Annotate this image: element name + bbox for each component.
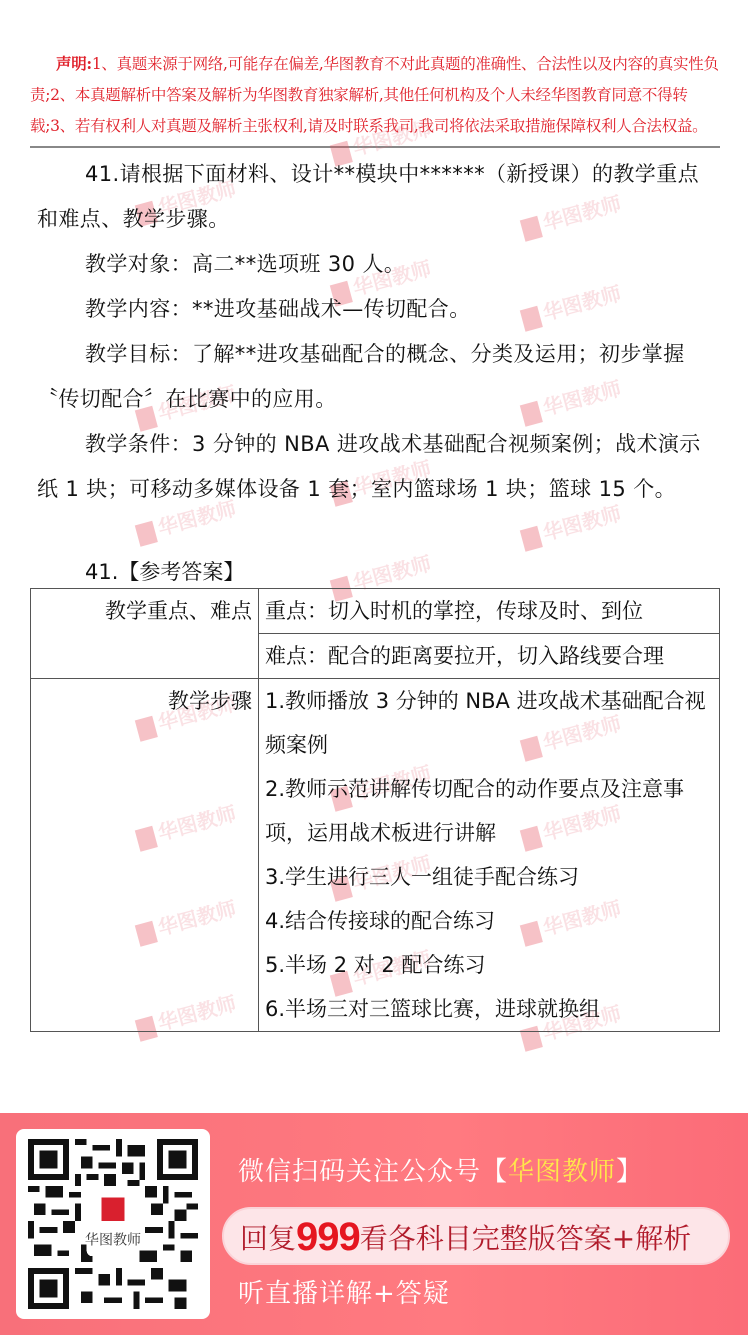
divider: [30, 146, 720, 148]
step-item: 6.半场三对三篮球比赛，进球就换组: [265, 987, 715, 1031]
step-item: 2.教师示范讲解传切配合的动作要点及注意事项，运用战术板进行讲解: [265, 767, 715, 855]
key-point-cell: 重点：切入时机的掌控，传球及时、到位: [259, 589, 720, 634]
table-row: 教学重点、难点 重点：切入时机的掌控，传球及时、到位: [31, 589, 720, 634]
live-prompt: 听直播详解+答疑: [238, 1273, 450, 1310]
brand-logo-icon: [101, 1198, 124, 1221]
question-prompt: 41.请根据下面材料、设计**模块中******（新授课）的教学重点和难点、教学…: [37, 152, 717, 242]
brand-name: 华图教师: [508, 1157, 616, 1187]
row-label-steps: 教学步骤: [31, 679, 259, 1032]
promo-banner: 华图教师 微信扫码关注公众号【华图教师】 回复999看各科目完整版答案+解析 听…: [0, 1113, 748, 1335]
step-item: 1.教师播放 3 分钟的 NBA 进攻战术基础配合视频案例: [265, 679, 715, 767]
reply-number: 999: [296, 1215, 360, 1259]
answer-table: 教学重点、难点 重点：切入时机的掌控，传球及时、到位 难点：配合的距离要拉开，切…: [30, 588, 720, 1032]
teaching-target: 教学对象：高二**选项班 30 人。: [37, 242, 717, 287]
watermark-logo-icon: [520, 525, 543, 551]
teaching-goal: 教学目标：了解**进攻基础配合的概念、分类及运用；初步掌握〝传切配合〞在比赛中的…: [37, 332, 717, 422]
difficulty-cell: 难点：配合的距离要拉开，切入路线要合理: [259, 634, 720, 679]
teaching-content: 教学内容：**进攻基础战术—传切配合。: [37, 287, 717, 332]
question-body: 41.请根据下面材料、设计**模块中******（新授课）的教学重点和难点、教学…: [37, 152, 717, 512]
watermark-logo-icon: [135, 520, 158, 546]
disclaimer: 声明:1、真题来源于网络,可能存在偏差,华图教育不对此真题的准确性、合法性以及内…: [30, 48, 720, 142]
qr-code-icon: 华图教师: [26, 1139, 200, 1309]
disclaimer-label: 声明:: [56, 54, 92, 73]
step-item: 5.半场 2 对 2 配合练习: [265, 943, 715, 987]
table-row: 教学步骤 1.教师播放 3 分钟的 NBA 进攻战术基础配合视频案例 2.教师示…: [31, 679, 720, 1032]
svg-text:华图教师: 华图教师: [85, 1232, 141, 1249]
follow-prompt: 微信扫码关注公众号【华图教师】: [238, 1151, 643, 1188]
disclaimer-text: 1、真题来源于网络,可能存在偏差,华图教育不对此真题的准确性、合法性以及内容的真…: [30, 55, 719, 135]
qr-code[interactable]: 华图教师: [16, 1129, 210, 1319]
row-label-key-points: 教学重点、难点: [31, 589, 259, 679]
reply-pill: 回复999看各科目完整版答案+解析: [222, 1207, 730, 1265]
step-item: 4.结合传接球的配合练习: [265, 899, 715, 943]
step-item: 3.学生进行三人一组徒手配合练习: [265, 855, 715, 899]
answer-title: 41.【参考答案】: [85, 552, 244, 592]
steps-cell: 1.教师播放 3 分钟的 NBA 进攻战术基础配合视频案例 2.教师示范讲解传切…: [259, 679, 720, 1032]
teaching-conditions: 教学条件：3 分钟的 NBA 进攻战术基础配合视频案例；战术演示纸 1 块；可移…: [37, 422, 717, 512]
